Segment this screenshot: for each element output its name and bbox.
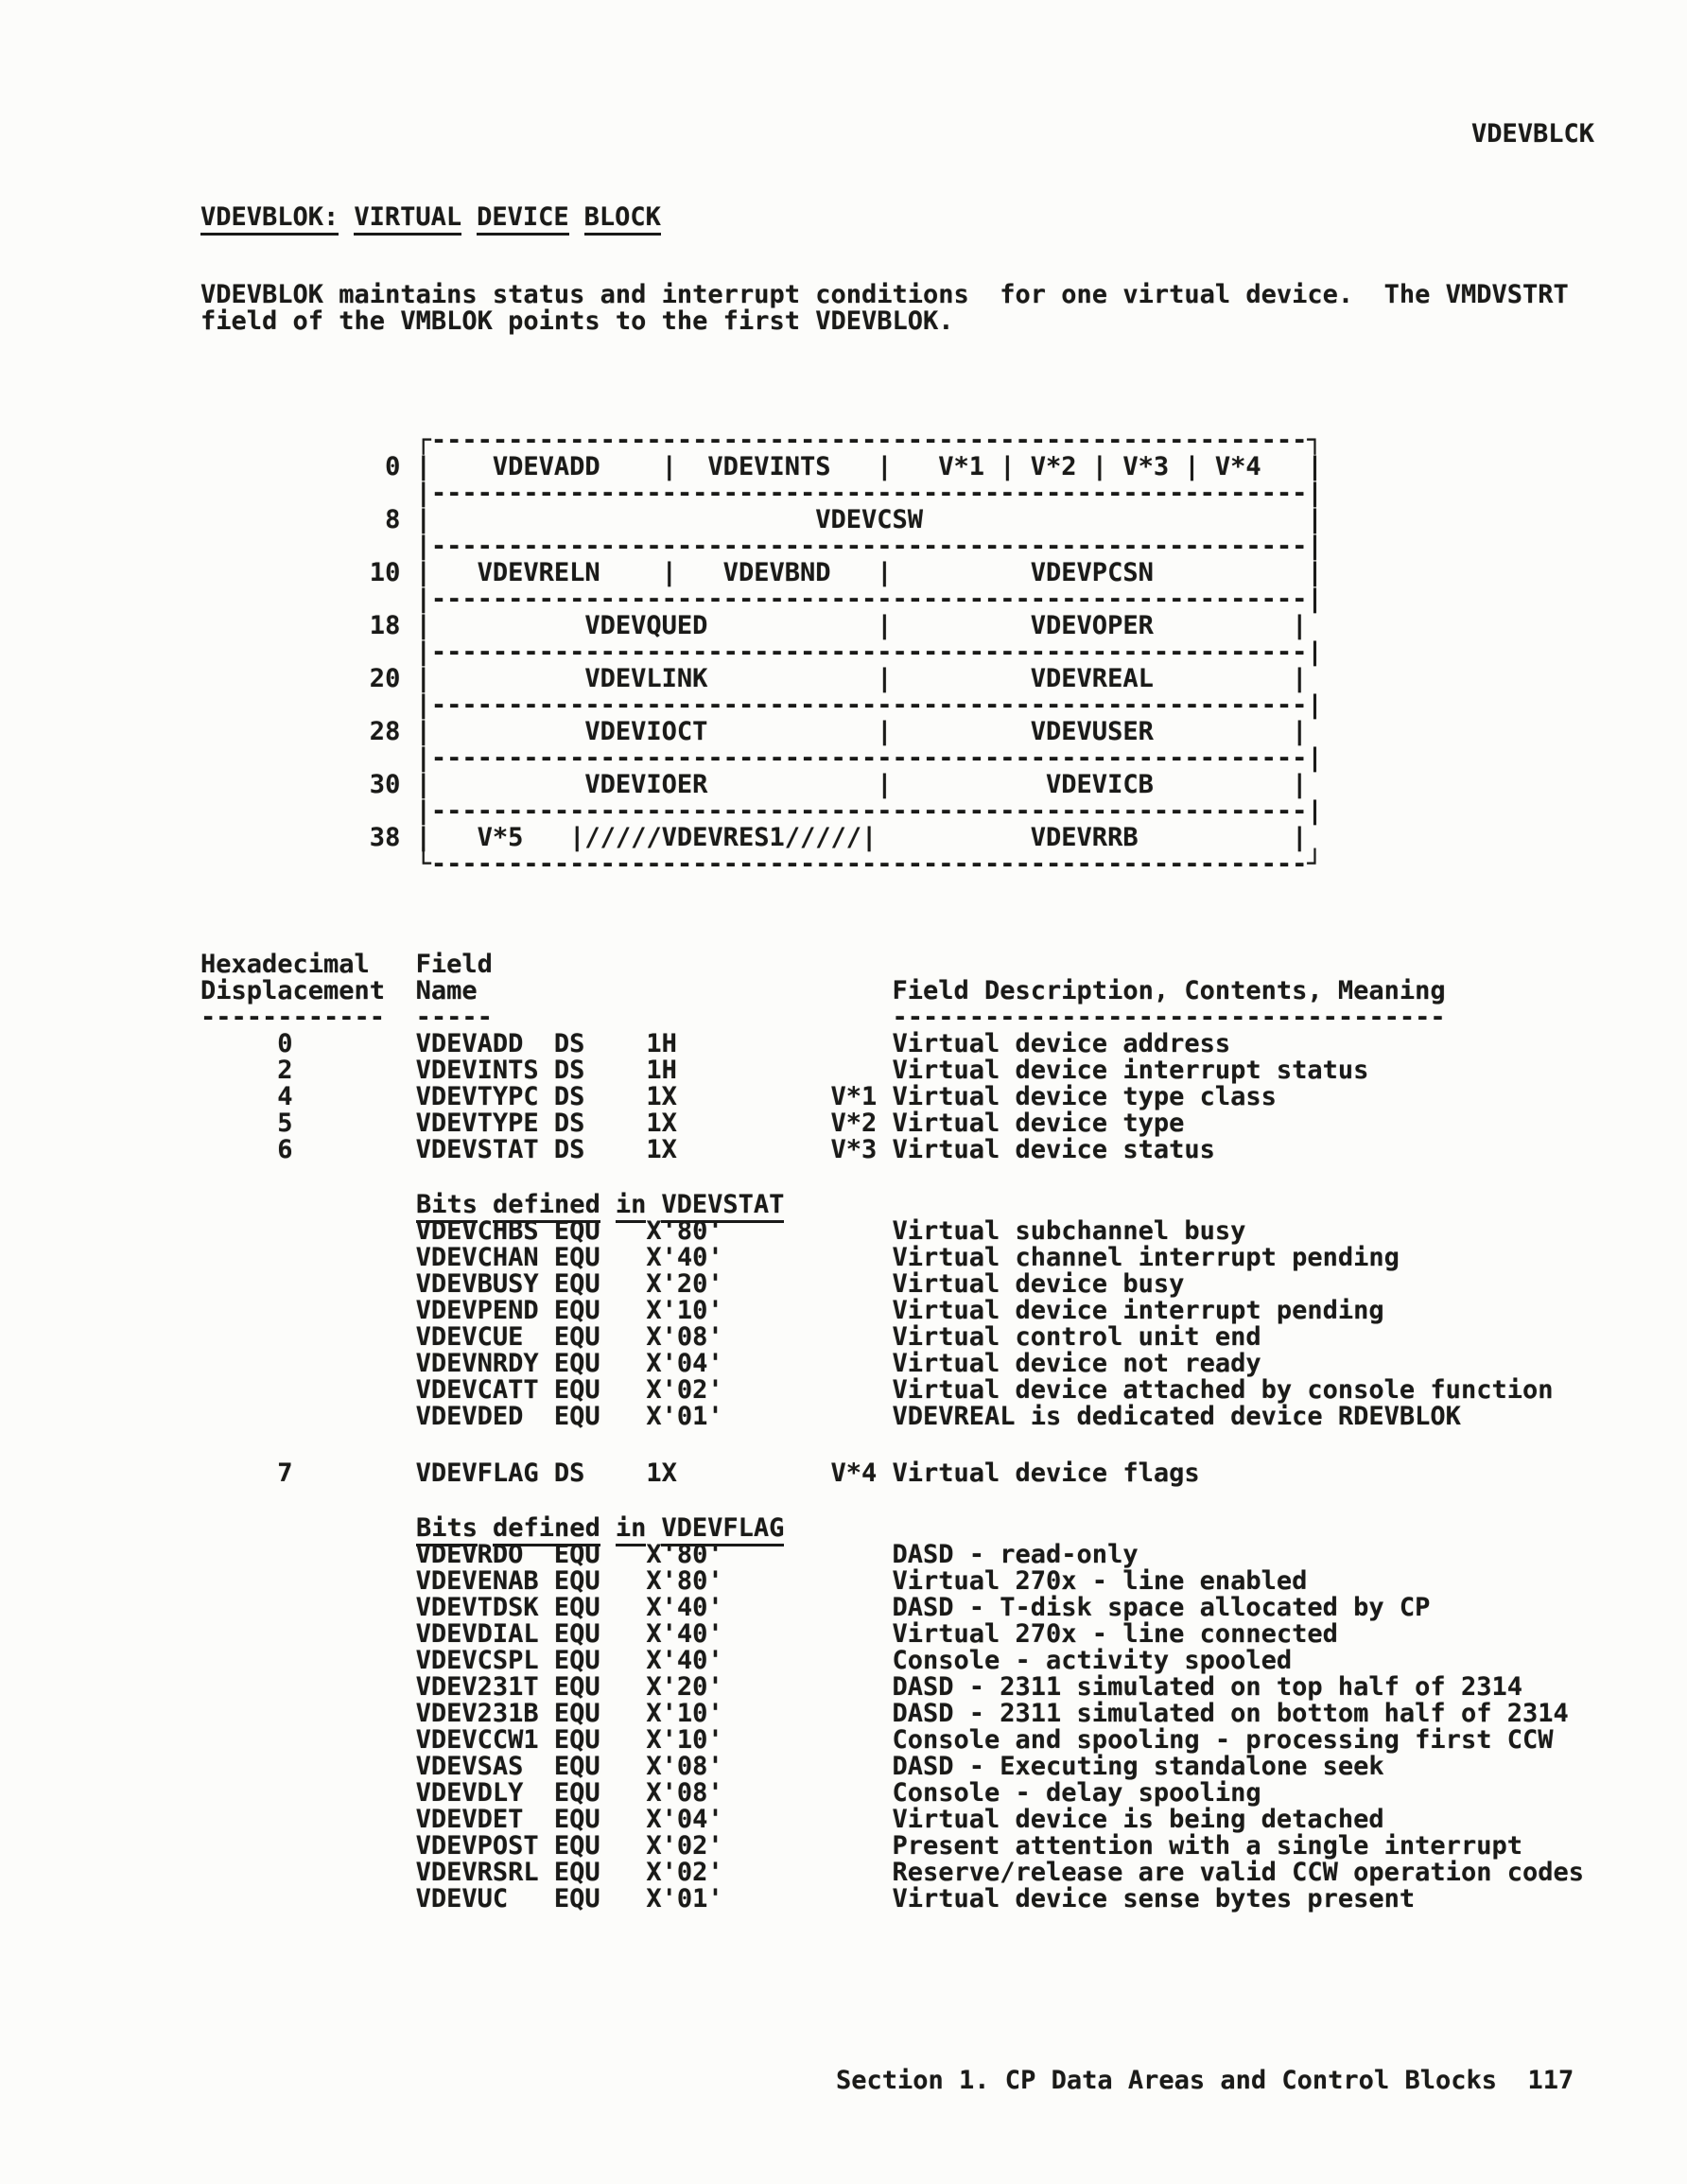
vdevstat-bits-rows: VDEVCHBS EQU X'80' Virtual subchannel bu… bbox=[200, 1218, 1553, 1430]
page-title: VDEVBLOK:VIRTUALDEVICEBLOCK bbox=[200, 204, 676, 231]
structure-diagram: ┌---------------------------------------… bbox=[200, 428, 1323, 878]
manual-page: VDEVBLCK VDEVBLOK:VIRTUALDEVICEBLOCK VDE… bbox=[0, 0, 1687, 2184]
page-footer: Section 1. CP Data Areas and Control Blo… bbox=[836, 2068, 1574, 2094]
field-table-header: Hexadecimal Field Displacement Name Fiel… bbox=[200, 952, 1446, 1031]
page-title-word: VDEVBLOK: bbox=[200, 202, 339, 236]
running-header: VDEVBLCK bbox=[1471, 121, 1594, 148]
field-table-rows: 0 VDEVADD DS 1H Virtual device address 2… bbox=[200, 1031, 1368, 1163]
vdevstat-bits-heading: BitsdefinedinVDEVSTAT bbox=[416, 1192, 799, 1218]
vdevflag-bits-heading: BitsdefinedinVDEVFLAG bbox=[416, 1515, 799, 1542]
vdevflag-bits-rows: VDEVRDO EQU X'80' DASD - read-only VDEVE… bbox=[200, 1542, 1584, 1913]
intro-paragraph: VDEVBLOK maintains status and interrupt … bbox=[200, 282, 1569, 335]
page-title-word: VIRTUAL bbox=[354, 202, 461, 236]
page-title-word: DEVICE bbox=[477, 202, 569, 236]
vdevflag-field-row: 7 VDEVFLAG DS 1X V*4 Virtual device flag… bbox=[200, 1460, 1200, 1487]
page-title-word: BLOCK bbox=[584, 202, 661, 236]
